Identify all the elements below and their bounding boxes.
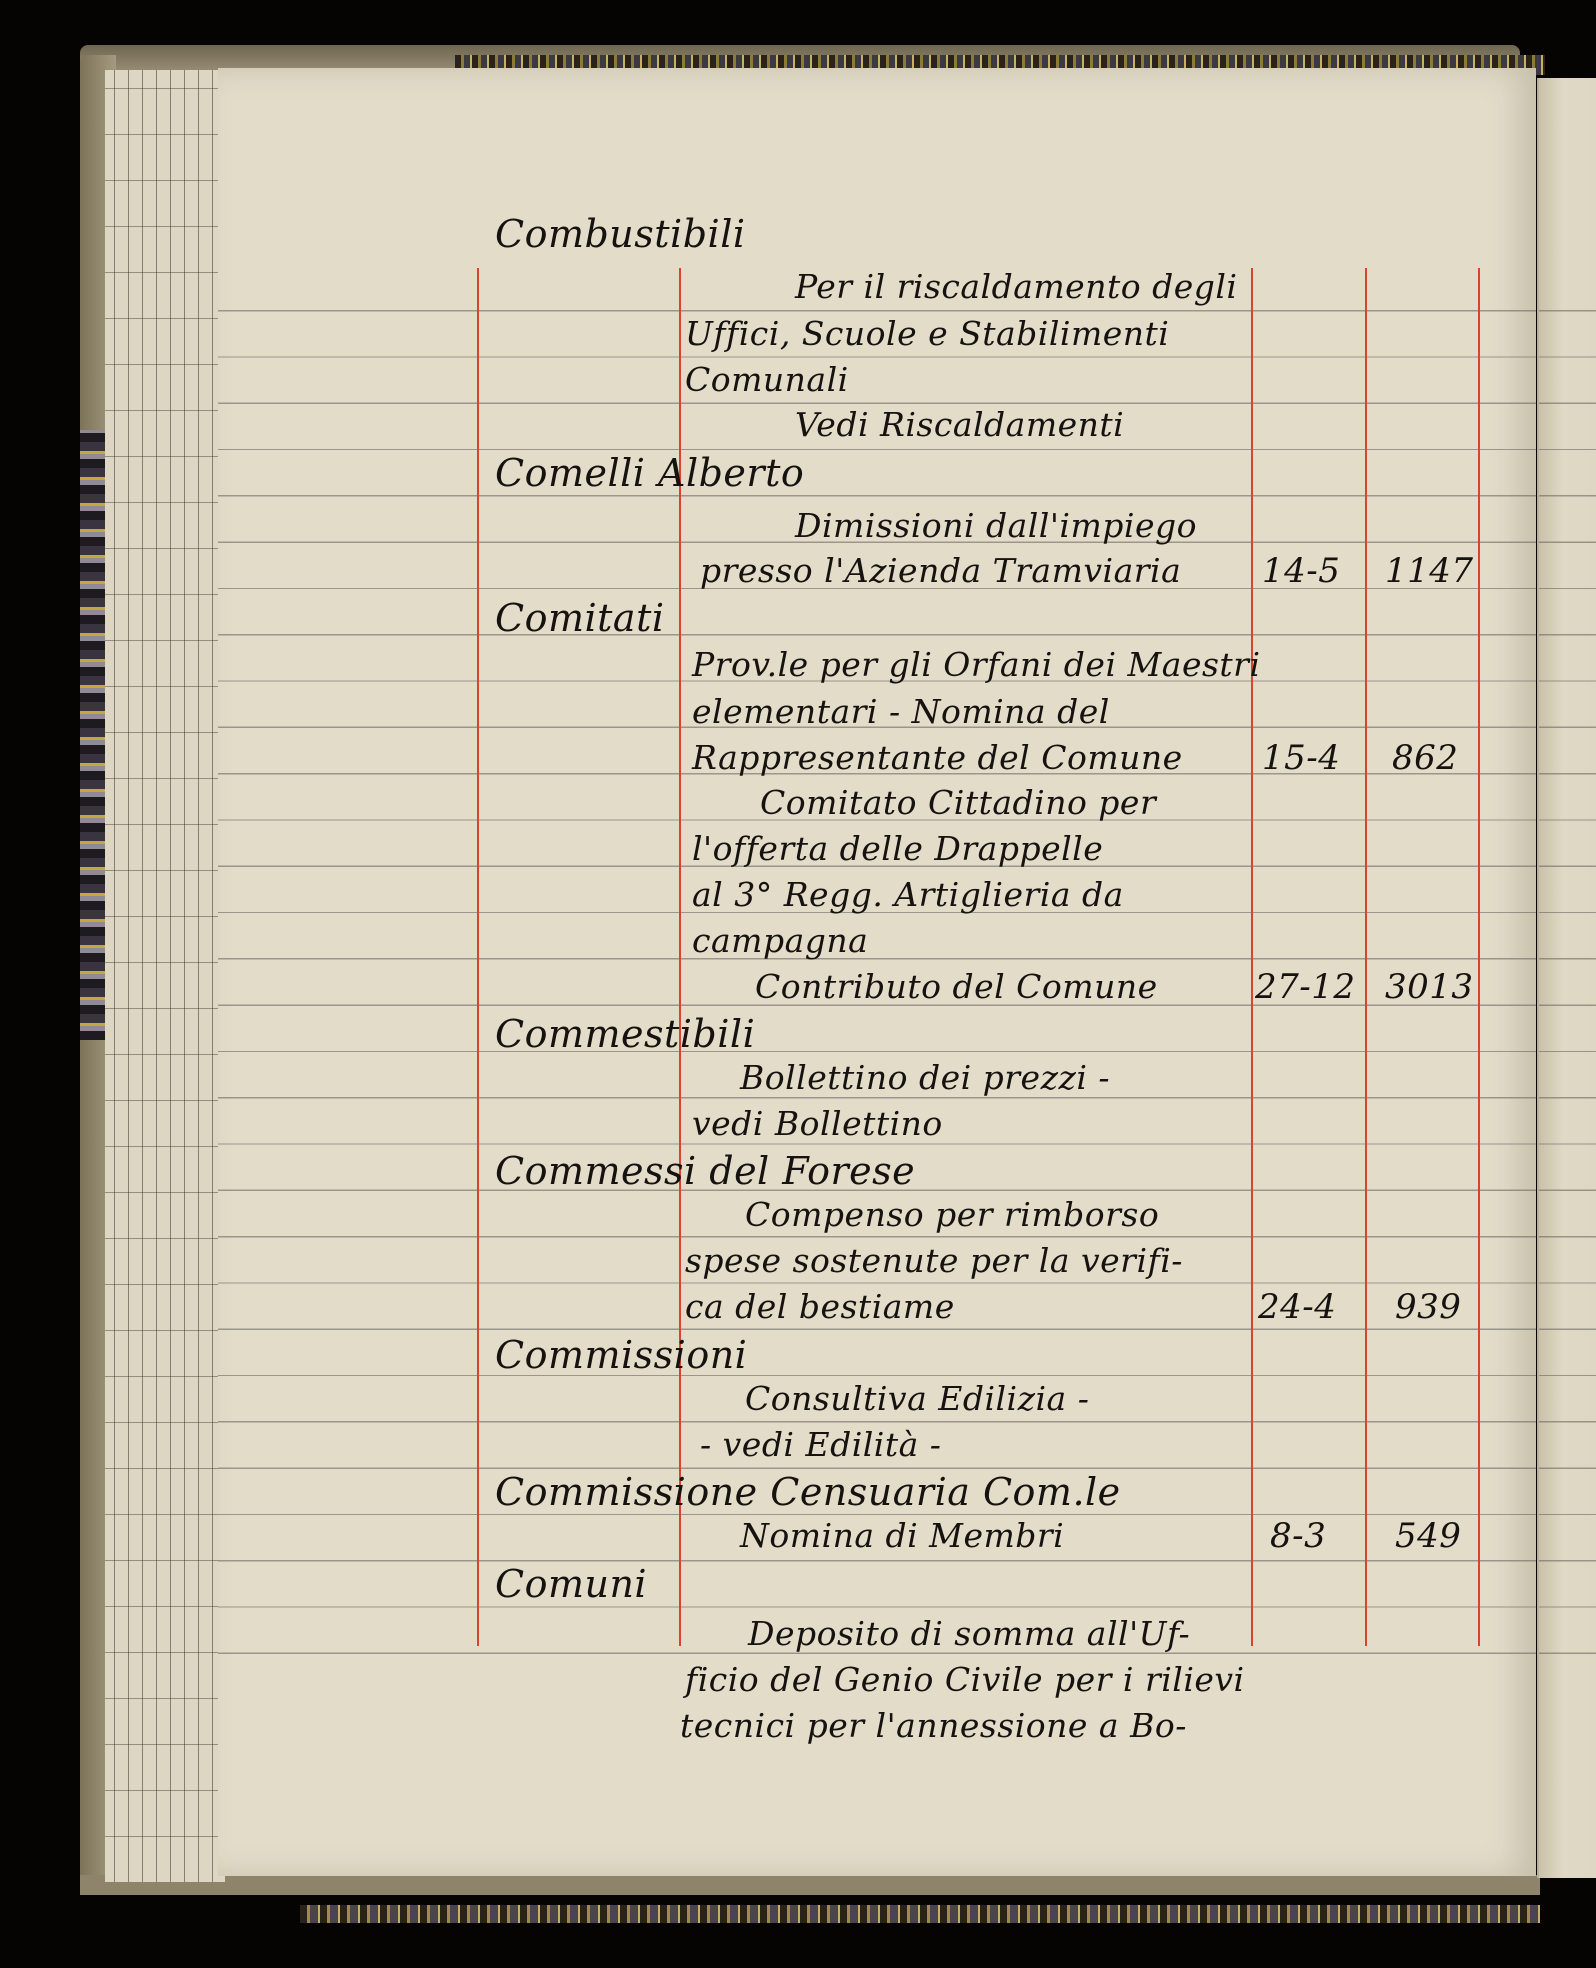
number_rows-value: 1147 (1385, 551, 1474, 591)
text_rows-line: elementari - Nomina del (692, 692, 1110, 731)
text_rows-line: Comunali (685, 360, 849, 399)
number_rows-value: 14-5 (1262, 551, 1340, 591)
number_rows-value: 27-12 (1255, 967, 1356, 1007)
text_rows-line: Vedi Riscaldamenti (795, 405, 1124, 444)
number_rows-value: 862 (1392, 738, 1458, 778)
red-margin-rule-1 (477, 268, 479, 1646)
number_rows-value: 15-4 (1262, 738, 1340, 778)
number_rows-value: 8-3 (1270, 1516, 1326, 1556)
text_rows-line: - vedi Edilità - (700, 1425, 941, 1464)
text_rows-heading: Commissioni (495, 1333, 747, 1377)
text_rows-line: Compenso per rimborso (745, 1195, 1159, 1234)
text_rows-line: ficio del Genio Civile per i rilievi (685, 1660, 1245, 1699)
text_rows-line: Rappresentante del Comune (692, 738, 1183, 777)
text_rows-line: Dimissioni dall'impiego (795, 506, 1197, 545)
text_rows-line: campagna (692, 921, 868, 960)
text_rows-heading: Commestibili (495, 1012, 755, 1056)
text_rows-line: Comitato Cittadino per (760, 783, 1156, 822)
red-column-rule-end (1478, 268, 1480, 1646)
facing-page (1537, 78, 1596, 1878)
text_rows-heading: Commissione Censuaria Com.le (495, 1470, 1121, 1514)
number_rows-value: 939 (1395, 1287, 1461, 1327)
text_rows-line: Consultiva Edilizia - (745, 1379, 1089, 1418)
text_rows-line: l'offerta delle Drappelle (692, 829, 1103, 868)
page-stack-edges (105, 70, 225, 1882)
text_rows-line: Prov.le per gli Orfani dei Maestri (692, 645, 1261, 684)
text_rows-line: tecnici per l'annessione a Bo- (680, 1706, 1187, 1745)
marbled-edge-bottom (300, 1905, 1540, 1923)
text_rows-line: Deposito di somma all'Uf- (748, 1614, 1190, 1653)
text_rows-line: spese sostenute per la verifi- (685, 1241, 1183, 1280)
text_rows-line: Uffici, Scuole e Stabilimenti (685, 314, 1169, 353)
text_rows-line: al 3° Regg. Artiglieria da (692, 875, 1124, 914)
red-column-rule-number (1365, 268, 1367, 1646)
text_rows-line: presso l'Azienda Tramviaria (700, 551, 1181, 590)
text_rows-heading: Combustibili (495, 212, 746, 256)
number_rows-value: 549 (1395, 1516, 1461, 1556)
text_rows-heading: Comelli Alberto (495, 451, 804, 495)
text_rows-heading: Commessi del Forese (495, 1149, 915, 1193)
text_rows-line: Bollettino dei prezzi - (740, 1058, 1110, 1097)
number_rows-value: 24-4 (1258, 1287, 1336, 1327)
text_rows-heading: Comuni (495, 1562, 647, 1606)
book-cover-bottom-edge (80, 1875, 1540, 1895)
text_rows-line: Contributo del Comune (755, 967, 1158, 1006)
text_rows-line: Per il riscaldamento degli (795, 267, 1237, 306)
text_rows-line: vedi Bollettino (692, 1104, 943, 1143)
marbled-edge-left (80, 430, 108, 1040)
text_rows-heading: Comitati (495, 596, 665, 640)
red-column-rule-date (1251, 268, 1253, 1646)
text_rows-line: ca del bestiame (685, 1287, 955, 1326)
text_rows-line: Nomina di Membri (740, 1516, 1064, 1555)
number_rows-value: 3013 (1385, 967, 1474, 1007)
ruled-lines (1539, 265, 1596, 1655)
